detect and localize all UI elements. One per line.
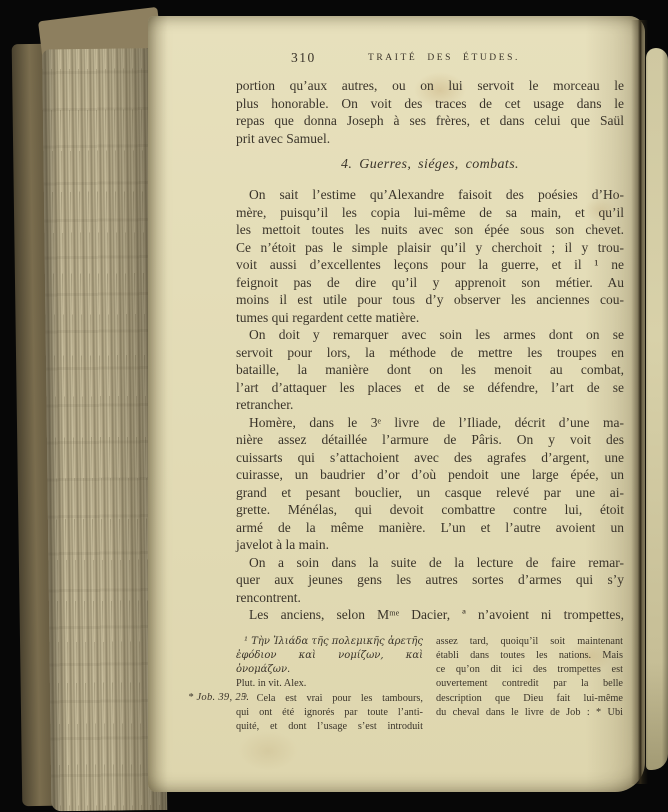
body-line: Homère, dans le 3ᵉ livre de l’Iliade, dé… xyxy=(236,414,624,432)
paragraph: On sait l’estime qu’Alexandre faisoit de… xyxy=(236,186,624,326)
body-line: On sait l’estime qu’Alexandre faisoit de… xyxy=(236,186,624,204)
body-line: voit aussi d’excellentes leçons pour la … xyxy=(236,256,624,274)
footnote-line: quité, et dont l’usage s’est introduit xyxy=(236,720,423,734)
body-line: servoit pour lors, la méthode de mettre … xyxy=(236,344,624,362)
paragraph: On doit y remarquer avec soin les armes … xyxy=(236,326,624,414)
body-line: retrancher. xyxy=(236,396,624,414)
body-line: prit avec Samuel. xyxy=(236,130,624,148)
body-line: armé de la même manière. L’un et l’autre… xyxy=(236,519,624,537)
footnote-line: ouvertement contredit par la belle xyxy=(436,677,623,691)
footnote-line: ἐφόδιον καὶ νομίζων, καὶ ὀνομάζων. xyxy=(236,649,423,678)
body-line: javelot à la main. xyxy=(236,536,624,554)
body-line: plus honorable. On voit des traces de ce… xyxy=(236,95,624,113)
facing-page-edge xyxy=(646,48,668,770)
footnote-line: qui ont été ignorés par toute l’anti- xyxy=(236,706,423,720)
footnotes: ¹ Τὴν Ἰλιάδα τῆς πολεμικῆς ἀρετῆςἐφόδιον… xyxy=(236,635,624,735)
footnote-line: description que Dieu fait lui-même xyxy=(436,692,623,706)
body-line: On a soin dans la suite de la lecture de… xyxy=(236,554,624,572)
paragraph: Homère, dans le 3ᵉ livre de l’Iliade, dé… xyxy=(236,414,624,554)
footnote-line: établi dans toutes les nations. Mais xyxy=(436,649,623,663)
footnotes-right-column: assez tard, quoiqu’il soit maintenantéta… xyxy=(436,635,623,735)
book-page: 310 TRAITÉ DES ÉTUDES. portion qu’aux au… xyxy=(148,16,645,792)
body-line: On doit y remarquer avec soin les armes … xyxy=(236,326,624,344)
footnote-line: du cheval dans le livre de Job : * Ubi xyxy=(436,706,623,720)
footnote-line: assez tard, quoiqu’il soit maintenant xyxy=(436,635,623,649)
footnote-line: ª Cela est vrai pour les tambours, xyxy=(236,692,423,706)
body-line: cuirasse, un baudrier d’or d’où pendoit … xyxy=(236,466,624,484)
body-line: Les anciens, selon Mᵐᵉ Dacier, ª n’avoie… xyxy=(236,606,624,624)
body-line: feignoit pas de dire qu’il y apprenoit s… xyxy=(236,274,624,292)
body-line: mère, puisqu’il les copia lui-même de sa… xyxy=(236,204,624,222)
body-line: tumes qui regardent cette matière. xyxy=(236,309,624,327)
body-line: l’art d’attaquer les places et de se déf… xyxy=(236,379,624,397)
intro-paragraph: portion qu’aux autres, ou on lui servoit… xyxy=(236,77,624,147)
body-line: moins il est utile pour tous d’y observe… xyxy=(236,291,624,309)
body-line: quer aux jeunes gens les autres sortes d… xyxy=(236,571,624,589)
body-line: rencontrent. xyxy=(236,589,624,607)
body-line: Ce n’étoit pas le simple plaisir qu’il y… xyxy=(236,239,624,257)
footnote-line: ¹ Τὴν Ἰλιάδα τῆς πολεμικῆς ἀρετῆς xyxy=(236,635,423,649)
footnote-line: Plut. in vit. Alex. xyxy=(236,677,423,691)
body-line: les mettoit toutes les nuits avec son ép… xyxy=(236,221,624,239)
body-line: grand et pesant bouclier, un casque rele… xyxy=(236,484,624,502)
body-line: grette. Ménélas, qui devoit combattre co… xyxy=(236,501,624,519)
page-number: 310 xyxy=(291,50,316,66)
body-paragraphs: On sait l’estime qu’Alexandre faisoit de… xyxy=(236,186,624,624)
text-column: 310 TRAITÉ DES ÉTUDES. portion qu’aux au… xyxy=(236,50,624,735)
book-photo: { "photo": { "backdrop_color": "#070707"… xyxy=(0,0,668,812)
body-line: cuissarts qui s’attachoient avec des agr… xyxy=(236,449,624,467)
body-line: repas que donna Joseph à ses frères, et … xyxy=(236,112,624,130)
page-gutter-crease xyxy=(631,20,648,784)
paragraph: Les anciens, selon Mᵐᵉ Dacier, ª n’avoie… xyxy=(236,606,624,624)
footnotes-left-column: ¹ Τὴν Ἰλιάδα τῆς πολεμικῆς ἀρετῆςἐφόδιον… xyxy=(236,635,423,735)
paragraph: On a soin dans la suite de la lecture de… xyxy=(236,554,624,607)
body-line: nière assez détaillée l’armure de Pâris.… xyxy=(236,431,624,449)
page-header: 310 TRAITÉ DES ÉTUDES. xyxy=(236,50,624,68)
footnote-line: ce qu’on dit ici des trompettes est xyxy=(436,663,623,677)
body-line: bataille, la manière dont on les menoit … xyxy=(236,361,624,379)
margin-note: * Job. 39, 25. xyxy=(188,692,249,703)
section-heading: 4. Guerres, siéges, combats. xyxy=(236,157,624,173)
body-line: portion qu’aux autres, ou on lui servoit… xyxy=(236,77,624,95)
